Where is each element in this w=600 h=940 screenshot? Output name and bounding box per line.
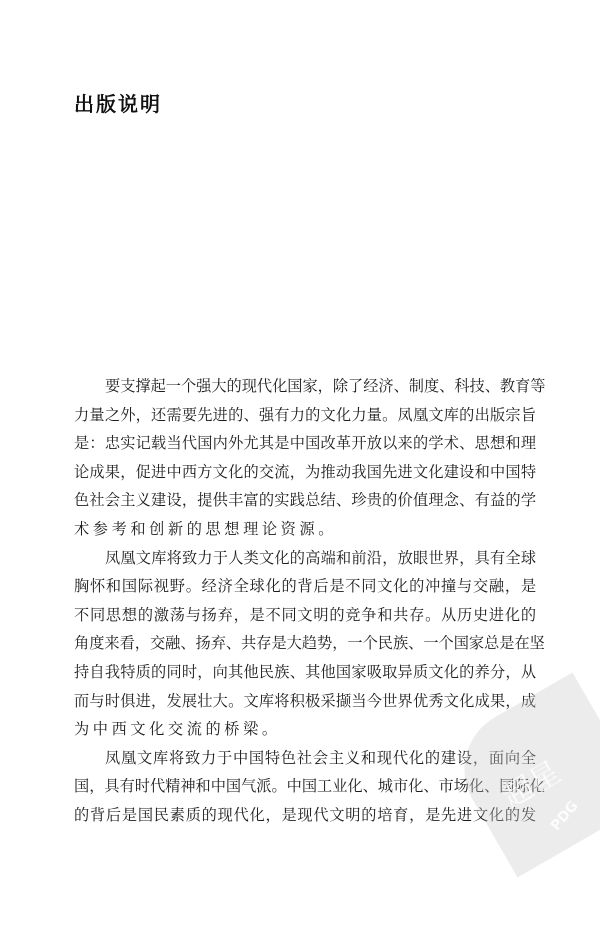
text-line: 论成果，促进中西方文化的交流，为推动我国先进文化建设和中国特 <box>74 458 536 487</box>
text-line: 持自我特质的同时，向其他民族、其他国家吸取异质文化的养分，从 <box>74 658 536 687</box>
text-line: 为中西文化交流的桥梁。 <box>74 715 536 744</box>
text-line: 力量之外，还需要先进的、强有力的文化力量。凤凰文库的出版宗旨 <box>74 401 536 430</box>
text-line: 的背后是国民素质的现代化，是现代文明的培育，是先进文化的发 <box>74 801 536 830</box>
text-line: 凤凰文库将致力于人类文化的高端和前沿，放眼世界，具有全球 <box>74 544 536 573</box>
text-line: 色社会主义建设，提供丰富的实践总结、珍贵的价值理念、有益的学 <box>74 486 536 515</box>
text-line: 而与时俱进，发展壮大。文库将积极采撷当今世界优秀文化成果，成 <box>74 687 536 716</box>
text-line: 是：忠实记载当代国内外尤其是中国改革开放以来的学术、思想和理 <box>74 429 536 458</box>
section-title: 出版说明 <box>74 88 162 117</box>
text-line: 要支撑起一个强大的现代化国家，除了经济、制度、科技、教育等 <box>74 372 536 401</box>
text-line: 不同思想的激荡与扬弃，是不同文明的竞争和共存。从历史进化的 <box>74 601 536 630</box>
text-line: 术参考和创新的思想理论资源。 <box>74 515 536 544</box>
text-line: 胸怀和国际视野。经济全球化的背后是不同文化的冲撞与交融，是 <box>74 572 536 601</box>
text-line: 角度来看，交融、扬弃、共存是大趋势，一个民族、一个国家总是在坚 <box>74 629 536 658</box>
